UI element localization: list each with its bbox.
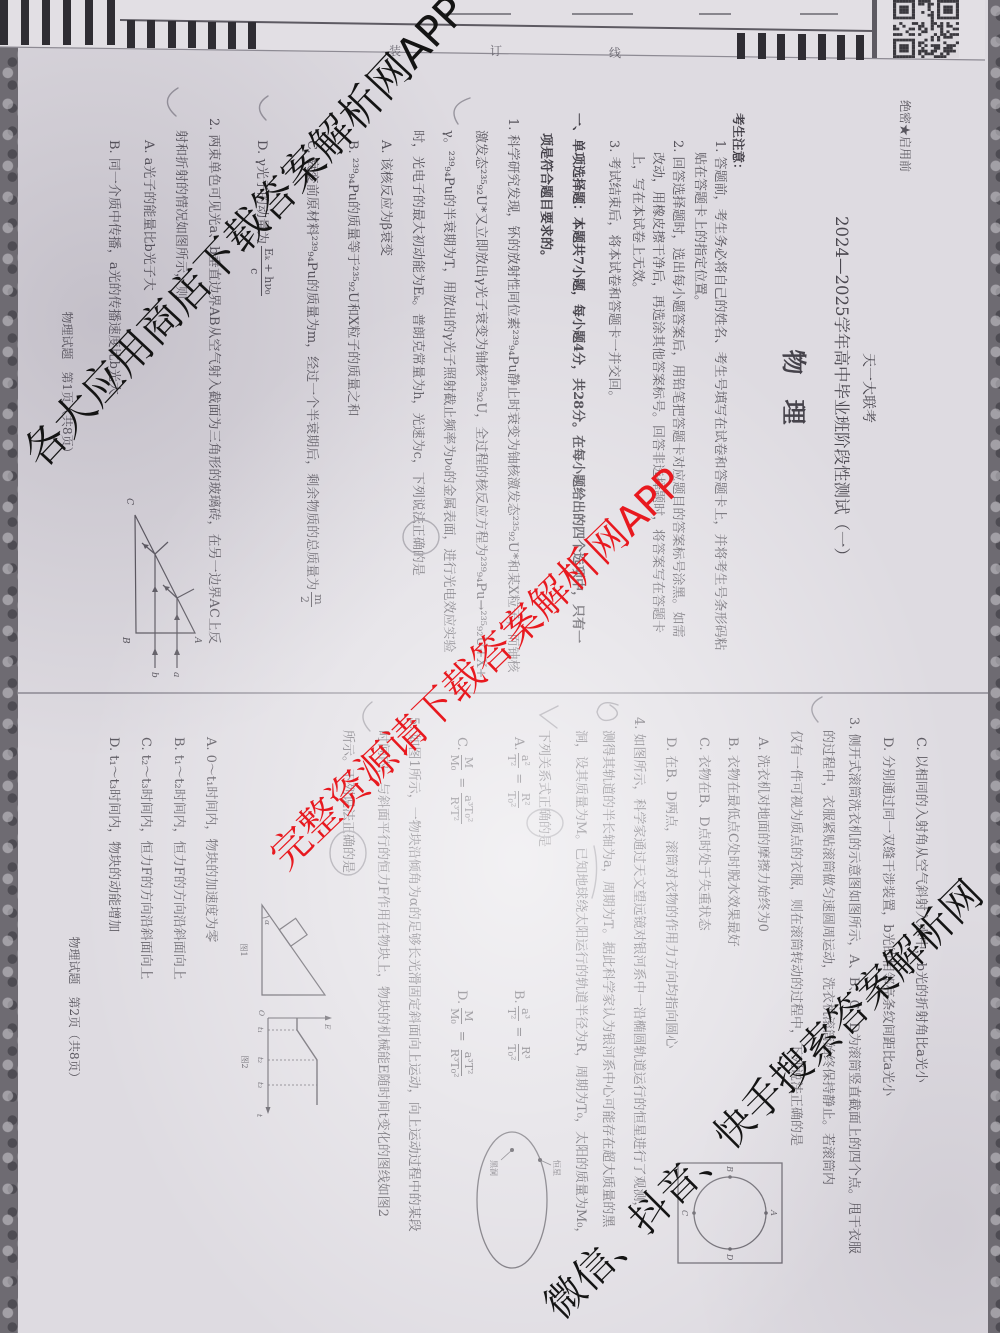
q1-stem: 1. 科学研究发现，钚的放射性同位素²³⁹₉₄Pu静止时衰变为铀核激发态²³⁵₉… [503,118,521,672]
q4-stem: 测得其轨道的半长轴为a，周期为T。据此科学家认为银河系中心可能存在超大质量的黑 [598,730,616,1227]
q3-stem: 3. 侧开式滚筒洗衣机的示意图如图所示，A、B、C、D为滚筒竖直截面上的四个点。… [844,717,862,1254]
q4-stem: 洞，设其质量为M。已知地球绕太阳运行的轨道半径为R，周期为T₀，太阳的质量为M₀… [571,730,589,1241]
numerator: m [311,592,325,606]
notice-line: 3. 考试结束后，将本试卷和答题卡一并交回。 [604,140,622,404]
q2-stem: 2. 两束单色可见光a、b垂直边界AB从空气射入截面为三角形的玻璃砖，在另一边界… [204,118,222,644]
numerator: a³ [518,1006,532,1021]
confidential-mark: 绝密★启用前 [896,100,914,172]
option-label: A. [511,737,526,751]
q2-option-c: C. 以相同的入射角从空气斜射入水中，b光的折射角比a光小 [911,737,929,1083]
denominator: M₀ [448,753,461,773]
fraction: R²T₀² [505,789,532,809]
equals-sign: = [454,777,469,788]
numerator: a³T² [461,1050,475,1077]
denominator: R³T₀² [448,1047,461,1080]
q5-stem: 所示。下列说法正确的是 [338,730,356,873]
binding-label: 订 [490,42,502,59]
q3-option-b: B. 衣物在最低点C处时脱水效果最好 [723,737,741,947]
denominator: T² [505,1006,518,1022]
fraction: R³T₀² [505,1042,532,1062]
q5-stem: 5. 如图1所示，一物块沿倾角为α的足够长光滑固定斜面向上运动，向上运动过程中的… [404,717,422,1232]
q4-option-b: B.a³T²=R³T₀² [505,990,532,1065]
fraction: Eₖ + hν₀c [248,246,275,296]
q1-option-b: B. ²³⁹₉₄Pu的质量等于²³⁵₉₂U和X粒子的质量之和 [343,140,361,416]
q2-option-a: A. a光子的能量比b光子大 [139,140,157,291]
fraction: a³T₀²R³T² [448,793,475,824]
subject-title: 物 理 [778,349,808,424]
numerator: R³ [518,1044,532,1061]
q5-option-a: A. 0～t₁时间内，物块的加速度为零 [201,737,219,942]
q1-option-d: D. γ光子的动量为Eₖ + hν₀c [248,140,275,298]
q4-option-c: C.MM₀=a³T₀²R³T² [448,737,475,826]
q1-option-a: A. 该核反应为β衰变 [376,140,394,256]
exam-sheet: 绝密★启用前 天一大联考 2024—2025学年高中毕业班阶段性测试（一） 物 … [0,0,1000,1333]
q5-option-d: D. t₁～t₃时间内，物块的动能增加 [104,737,122,932]
numerator: a³T₀² [461,793,475,824]
section-heading: 一、单项选择题：本题共7小题，每小题4分，共28分。在每小题给出的四个选项中，只… [568,113,586,643]
denominator: M₀ [448,1006,461,1026]
denominator: T₀² [505,1042,518,1062]
q5-option-b: B. t₁～t₂时间内，恒力F的方向沿斜面向上 [169,737,187,980]
fraction: MM₀ [448,753,475,773]
q4-option-d: D.MM₀=a³T²R³T₀² [448,990,475,1082]
q4-stem: 4. 如图所示，科学家通过天文望远镜对银河系中一沿椭圆轨道运行的恒星进行了观测， [629,717,647,1215]
fraction: m2 [298,592,325,606]
page-divider [18,692,988,694]
numerator: a² [518,753,532,768]
notice-line: 1. 答题前，考生务必将自己的姓名、考生号填写在试卷和答题卡上，并将考生号条形码… [710,140,728,651]
option-label: B. [511,990,526,1004]
q5-option-c: C. t₂～t₃时间内，恒力F的方向沿斜面向上 [136,737,154,980]
page-footer: 物理试题 第2页（共8页） [65,936,83,1083]
q4-stem: 下列关系式正确的是 [534,730,552,847]
page-footer: 物理试题 第1页（共8页） [58,311,76,458]
option-text: D. γ光子的动量为 [254,140,269,244]
fraction: a³T²R³T₀² [448,1047,475,1080]
notice-title: 考生注意： [729,113,747,176]
q3-stem: 仅有一件可视为质点的衣服，则在滚筒转动的过程中，下列说法正确的是 [786,730,804,1146]
q2-stem: 射和折射的情况如图所示，则 [171,130,189,299]
q3-stem: 的过程中，衣服紧贴滚筒做匀速圆周运动，洗衣机滚筒始终保持静止。若滚筒内 [818,730,836,1185]
equals-sign: = [454,1031,469,1042]
qr-code-icon [893,0,959,58]
q2-option-d: D. 分别通过同一双缝干涉装置，b光的相邻亮条纹间距比a光小 [878,737,896,1096]
binding-label: 线 [609,44,621,61]
numerator: M [461,755,475,770]
notice-line: 2. 回答选择题时，选出每小题答案后，用铅笔把答题卡对应题目的答案标号涂黑。如需 [668,140,686,638]
option-label: C. [454,737,469,751]
denominator: c [248,266,261,276]
q5-stem: 时间内，与斜面平行的恒力F作用在物块上，物块的机械能E随时间t变化的图线如图2 [373,730,391,1217]
q1-stem: 激发态²³⁵₉₂U*又立即放出γ光子衰变为铀核²³⁵₉₂U，全过程的核反应方程为… [471,130,489,678]
q1-stem: 时，光电子的最大初动能为Eₖ。普朗克常量为h，光速为c，下列说法正确的是 [408,130,426,576]
option-text: C. 衰变前原材料²³⁹₉₄Pu的质量为m，经过一个半衰期后，剩余物质的总质量为 [304,140,319,590]
equals-sign: = [511,773,526,784]
fraction: a²T² [505,753,532,769]
q1-stem: γ。²³⁹₉₄Pu的半衰期为T，用放出的γ光子照射截止频率为ν₀的金属表面，进行… [439,130,457,653]
q1-option-c: C. 衰变前原材料²³⁹₉₄Pu的质量为m，经过一个半衰期后，剩余物质的总质量为… [298,140,325,609]
notice-line: 上，写在本试卷上无效。 [628,152,646,295]
denominator: T² [505,753,518,769]
q3-option-d: D. 在B、D两点，滚筒对衣物的作用力方向均指向圆心 [661,737,679,1048]
q2-option-b: B. 同一介质中传播，a光的传播速度比b光大 [104,140,122,395]
section-heading: 项是符合题目要求的。 [536,133,554,263]
denominator: T₀² [505,789,518,809]
notice-line: 改动，用橡皮擦干净后，再选涂其他答案标号。回答非选择题时，将答案写在答题卡 [648,152,666,633]
q4-option-a: A.a²T²=R²T₀² [505,737,532,811]
denominator: 2 [298,594,311,605]
numerator: R² [518,791,532,808]
binding-label: 装 [389,42,401,59]
denominator: R³T² [448,795,461,823]
numerator: M [461,1008,475,1023]
notice-line: 贴在答题卡上的指定位置。 [690,152,708,308]
fraction: MM₀ [448,1006,475,1026]
q3-option-a: A. 洗衣机对地面的摩擦力始终为0 [753,737,771,932]
equals-sign: = [511,1026,526,1037]
exam-title: 2024—2025学年高中毕业班阶段性测试（一） [832,216,850,564]
option-label: D. [454,990,469,1004]
exam-organizer: 天一大联考 [859,353,877,423]
fraction: a³T² [505,1006,532,1022]
numerator: Eₖ + hν₀ [261,246,275,296]
q3-option-c: C. 衣物在B、D点时处于失重状态 [694,737,712,931]
